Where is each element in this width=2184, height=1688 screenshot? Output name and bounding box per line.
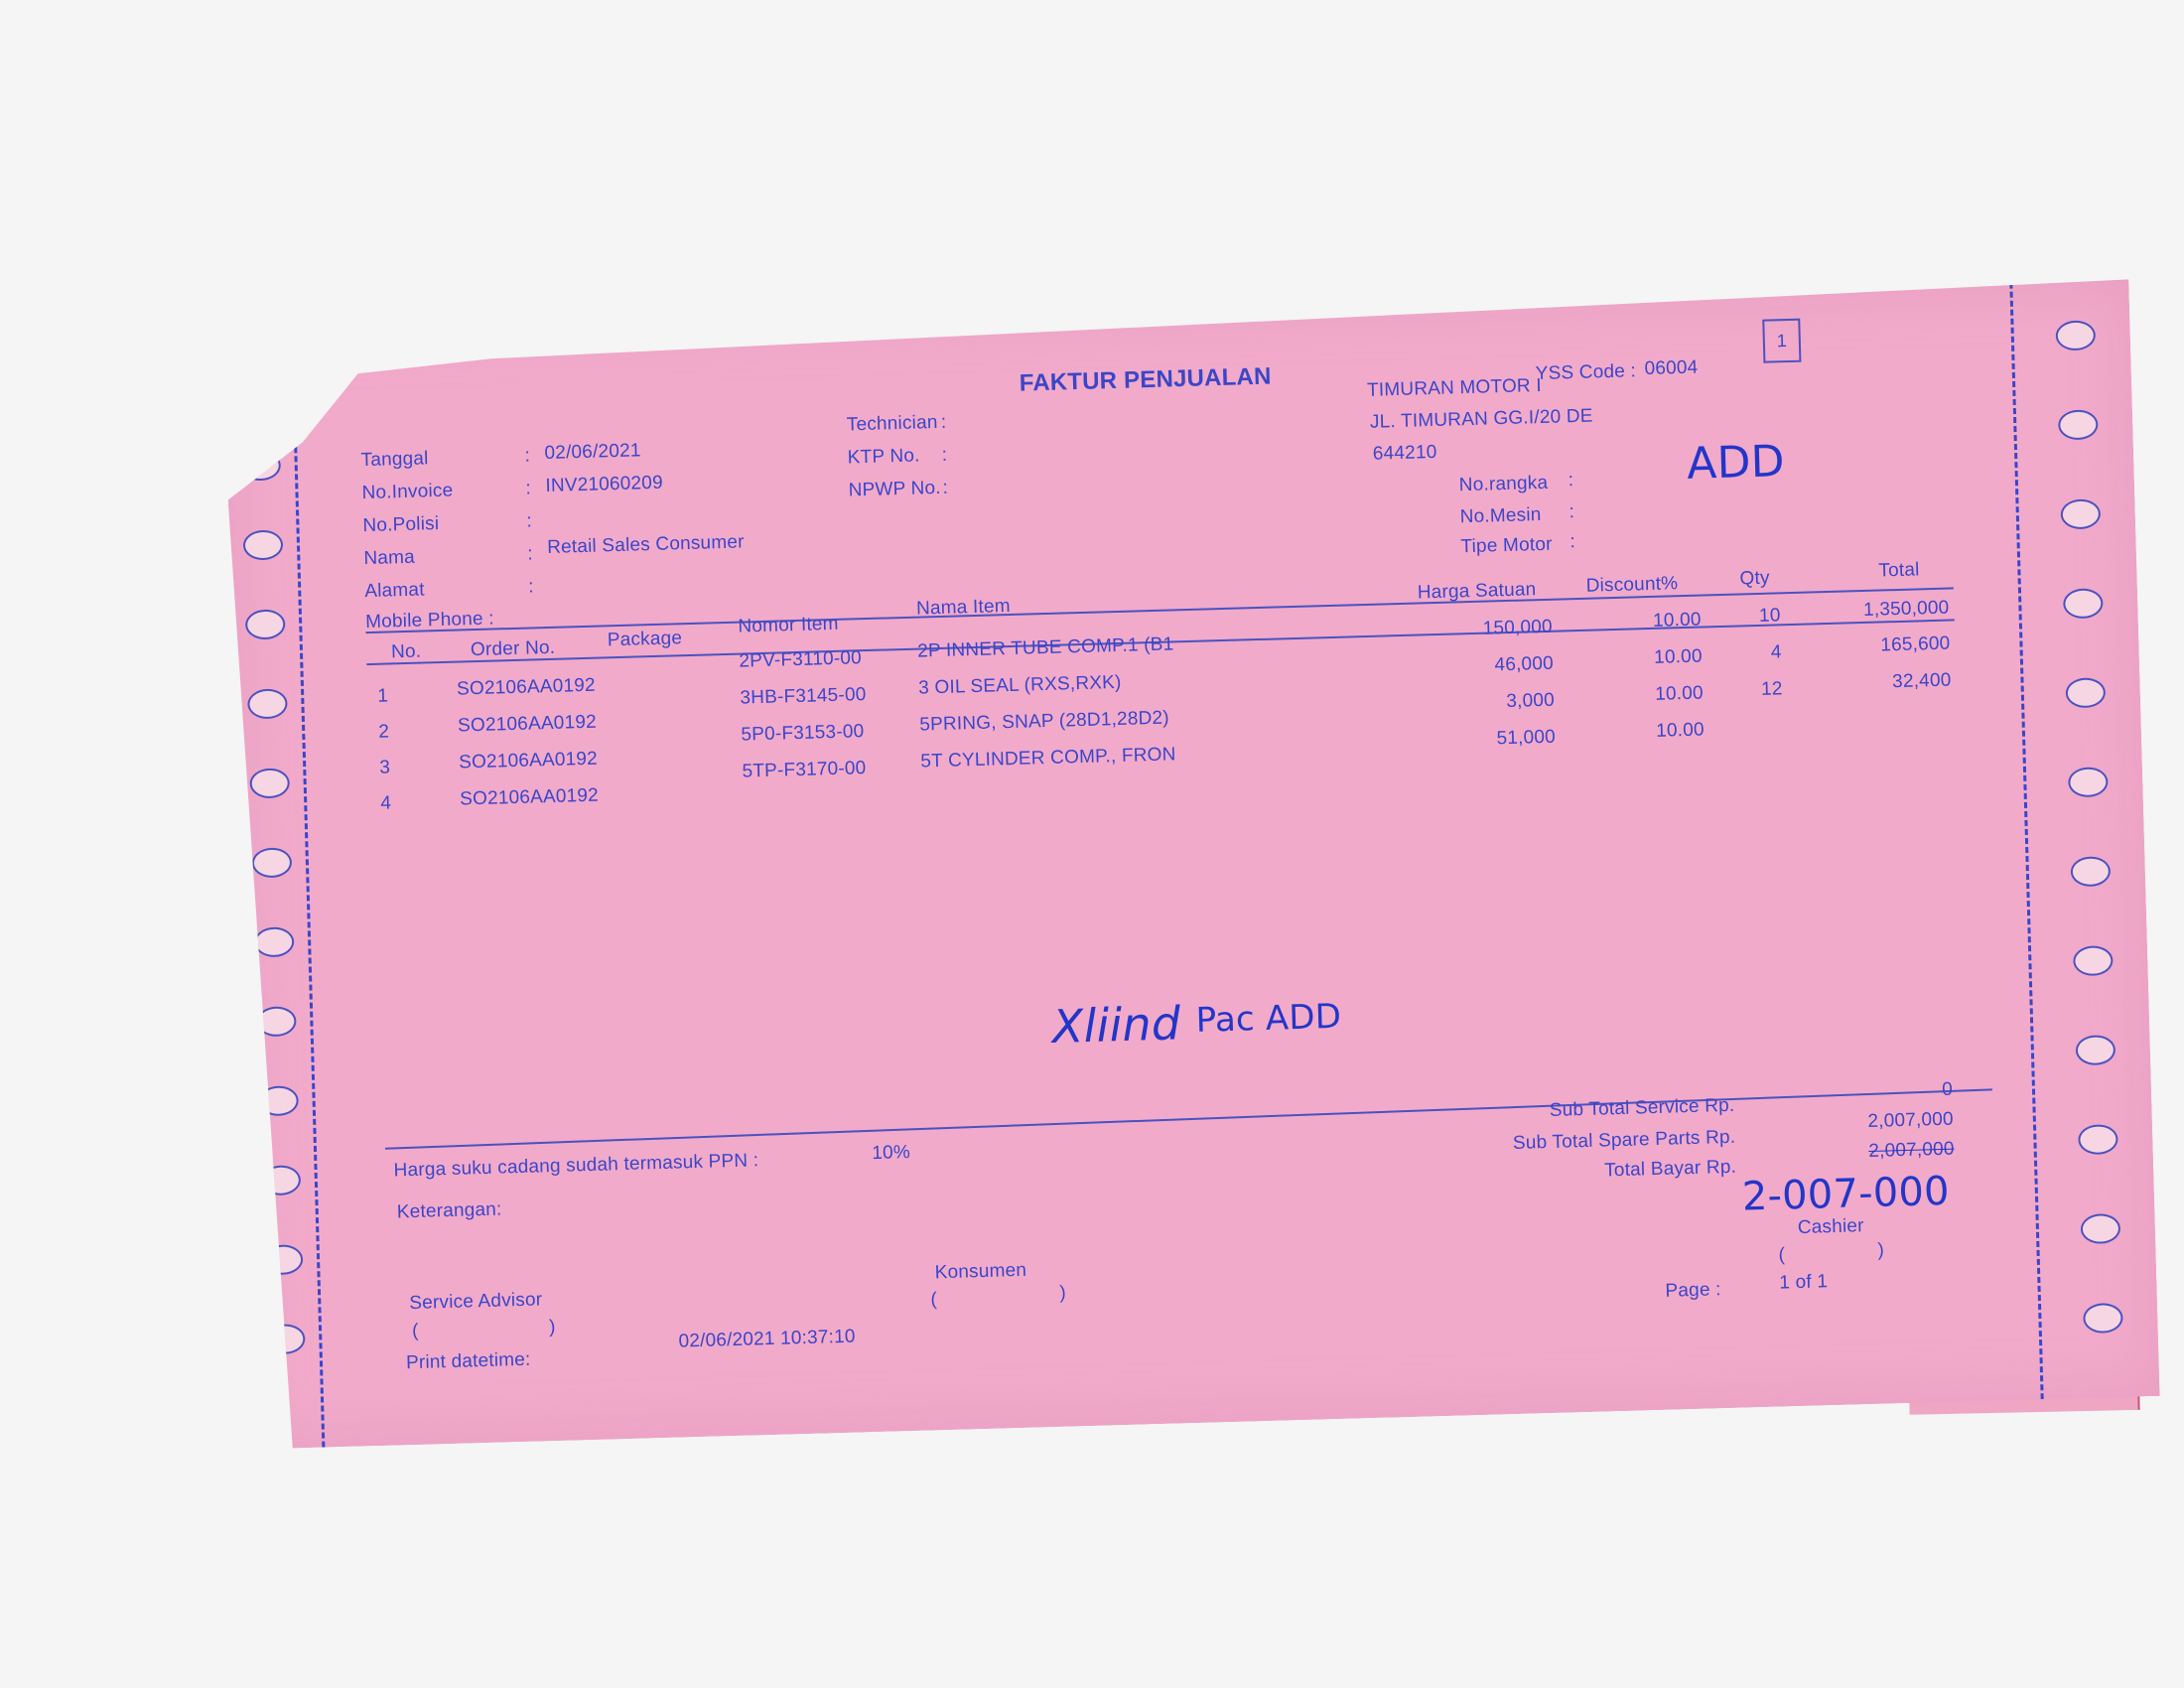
npwp-label: NPWP No. [848,478,941,502]
feed-hole-icon [252,847,293,878]
sub-total-spare-parts-value: 2,007,000 [1795,1109,1955,1135]
feed-hole-icon [2055,320,2096,351]
feed-hole-icon [2076,1035,2116,1065]
feed-hole-icon [260,1165,301,1196]
footer-rule [385,1088,1992,1149]
paren-close: ) [1877,1240,1884,1262]
tanggal-label: Tanggal [360,448,429,472]
colon: : [524,445,530,467]
table-row: 4 SO2106AA0192 5TP-F3170-00 5T CYLINDER … [223,279,2128,333]
feed-hole-icon [2058,409,2099,440]
cell-nama-item: 2P INNER TUBE COMP.1 (B1 [917,633,1174,662]
cell-total: 32,400 [1812,670,1952,696]
cell-qty: 12 [1732,678,1783,701]
cell-no: 3 [379,757,390,778]
col-header-harga-satuan: Harga Satuan [1417,579,1536,604]
page-label: Page : [1665,1279,1721,1303]
col-header-order-no: Order No. [471,637,556,661]
feed-hole-icon [254,926,295,957]
colon: : [1568,470,1573,492]
cell-order-no: SO2106AA0192 [460,785,599,811]
cell-harga: 51,000 [1407,727,1557,753]
cell-nomor-item: 5P0-F3153-00 [741,721,864,746]
right-perforation-line [2009,283,2043,1400]
feed-hole-icon [256,1006,297,1037]
feed-hole-icon [2083,1303,2123,1334]
paren-open: ( [1778,1244,1785,1266]
ppn-value: 10% [872,1142,910,1165]
nama-label: Nama [363,547,415,570]
invoice-label: No.Invoice [361,481,453,505]
cell-order-no: SO2106AA0192 [458,712,597,738]
yss-code-label: YSS Code : [1535,360,1636,385]
paren-open: ( [930,1289,937,1311]
feed-hole-icon [249,768,290,798]
cell-qty: 10 [1730,605,1781,628]
feed-hole-icon [2070,856,2111,887]
polisi-label: No.Polisi [362,513,439,537]
feed-hole-icon [240,450,281,481]
col-header-total: Total [1878,559,1920,582]
feed-hole-icon [2065,677,2106,708]
yss-code-value: 06004 [1644,357,1698,380]
cell-harga: 46,000 [1405,653,1555,679]
feed-hole-icon [258,1085,299,1116]
copy-number-box: 1 [1762,319,1801,363]
feed-hole-icon [2060,498,2101,529]
total-bayar-label: Total Bayar Rp. [1419,1157,1736,1188]
keterangan-label: Keterangan: [397,1199,502,1224]
cell-nomor-item: 2PV-F3110-00 [739,647,862,672]
paren-close: ) [1059,1283,1066,1305]
print-datetime-value: 02/06/2021 10:37:10 [678,1327,856,1353]
cell-nomor-item: 3HB-F3145-00 [740,684,867,710]
left-perforation-line [291,331,325,1448]
invoice-value: INV21060209 [545,473,663,497]
col-header-qty: Qty [1739,568,1770,591]
feed-hole-icon [2081,1213,2121,1244]
konsumen-label: Konsumen [934,1260,1026,1285]
ktp-label: KTP No. [847,445,919,469]
cell-nama-item: 5T CYLINDER COMP., FRON [920,744,1176,773]
feed-hole-icon [263,1244,304,1275]
colon: : [526,510,532,532]
cell-discount: 10.00 [1611,610,1702,634]
cell-total: 165,600 [1811,633,1951,659]
feed-hole-icon [245,609,286,639]
alamat-label: Alamat [364,579,425,603]
colon: : [1569,501,1574,523]
feed-hole-icon [265,1324,306,1354]
cell-nama-item: 3 OIL SEAL (RXS,RXK) [918,672,1122,700]
handwritten-add-note: ADD [1687,436,1786,490]
paren-close: ) [549,1317,556,1338]
table-row: 1 SO2106AA0192 2PV-F3110-00 2P INNER TUB… [223,279,2128,333]
feed-hole-icon [2073,945,2114,976]
col-header-nama-item: Nama Item [916,596,1011,621]
feed-hole-icon [243,529,284,560]
dealer-name: TIMURAN MOTOR I [1367,375,1542,402]
service-advisor-label: Service Advisor [409,1289,543,1315]
rangka-label: No.rangka [1458,473,1548,496]
col-header-package: Package [608,628,683,651]
nama-value: Retail Sales Consumer [547,531,745,559]
table-row: 3 SO2106AA0192 5P0-F3153-00 5PRING, SNAP… [223,279,2128,333]
feed-hole-icon [2068,767,2109,797]
document-title: FAKTUR PENJUALAN [1019,363,1272,398]
cell-no: 4 [380,792,391,814]
cell-qty: 4 [1731,641,1782,664]
cell-harga: 3,000 [1406,690,1556,716]
print-datetime-label: Print datetime: [406,1349,531,1374]
page-value: 1 of 1 [1779,1271,1828,1294]
col-header-discount: Discount% [1585,573,1678,598]
feed-hole-icon [2063,588,2104,619]
sub-total-service-value: 0 [1834,1079,1954,1104]
mesin-label: No.Mesin [1459,504,1541,528]
feed-hole-icon [247,688,288,719]
handwritten-total: 2-007-000 [1741,1169,1950,1220]
tanggal-value: 02/06/2021 [544,440,641,465]
cell-order-no: SO2106AA0192 [457,675,596,701]
col-header-no: No. [391,641,422,664]
total-bayar-value-struck: 2,007,000 [1795,1139,1955,1165]
ppn-note: Harga suku cadang sudah termasuk PPN : [393,1150,758,1182]
col-header-nomor-item: Nomor Item [738,614,839,638]
colon: : [527,543,533,565]
cell-order-no: SO2106AA0192 [459,749,598,774]
cell-discount: 10.00 [1614,720,1705,745]
sub-total-service-label: Sub Total Service Rp. [1417,1095,1734,1126]
tipe-motor-label: Tipe Motor [1460,534,1553,559]
cell-no: 2 [378,721,389,743]
cashier-label: Cashier [1797,1215,1863,1239]
cell-no: 1 [377,686,388,708]
dealer-address-line2: 644210 [1373,442,1437,466]
technician-label: Technician [847,412,938,437]
colon: : [528,576,534,598]
handwritten-note: Pac ADD [1195,997,1341,1041]
colon: : [525,478,531,499]
cell-total: 1,350,000 [1810,598,1950,624]
cell-harga: 150,000 [1404,617,1554,642]
feed-hole-icon [2078,1124,2118,1155]
paren-open: ( [412,1321,419,1342]
invoice-paper: FAKTUR PENJUALAN 1 Tanggal : 02/06/2021 … [223,279,2160,1449]
colon: : [941,412,947,434]
handwritten-signature: Xliind [1051,996,1181,1054]
table-row: 2 SO2106AA0192 3HB-F3145-00 3 OIL SEAL (… [223,279,2128,333]
colon: : [942,478,948,499]
cell-nomor-item: 5TP-F3170-00 [742,758,866,782]
colon: : [1570,531,1575,553]
dealer-address-line1: JL. TIMURAN GG.I/20 DE [1370,406,1593,434]
colon: : [941,445,947,467]
sub-total-spare-parts-label: Sub Total Spare Parts Rp. [1418,1127,1735,1158]
cell-nama-item: 5PRING, SNAP (28D1,28D2) [919,708,1169,737]
cell-discount: 10.00 [1612,646,1703,671]
cell-discount: 10.00 [1613,683,1704,708]
